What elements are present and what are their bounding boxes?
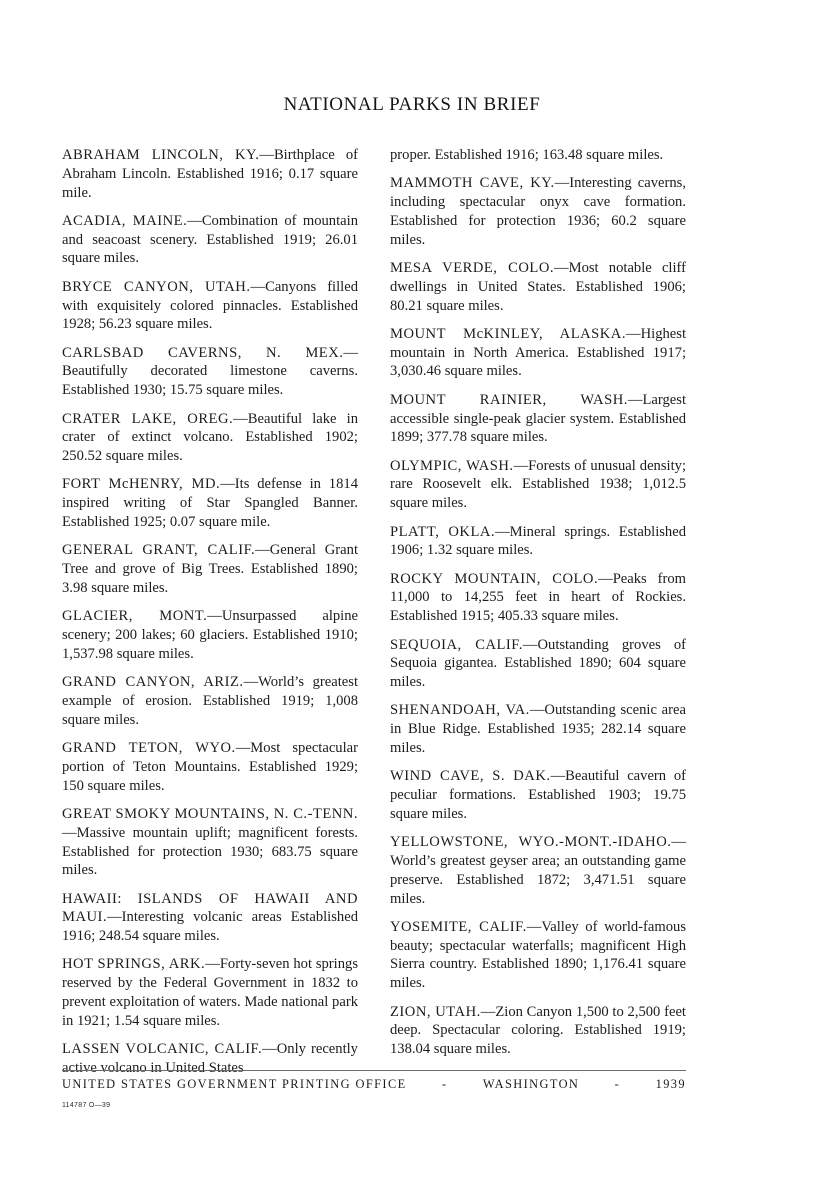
left-column: ABRAHAM LINCOLN, KY.—Birthplace of Abrah… bbox=[62, 146, 358, 1087]
park-name: MESA VERDE, COLO. bbox=[390, 260, 554, 276]
park-name: ACADIA, MAINE. bbox=[62, 213, 187, 229]
park-name: GREAT SMOKY MOUNTAINS, N. C.-TENN. bbox=[62, 806, 358, 822]
park-name: CRATER LAKE, OREG. bbox=[62, 411, 233, 427]
park-name: ROCKY MOUNTAIN, COLO. bbox=[390, 571, 598, 587]
print-job-code: 114787 O—39 bbox=[62, 1102, 110, 1109]
park-entry: BRYCE CANYON, UTAH.—Canyons filled with … bbox=[62, 278, 358, 334]
park-name: YELLOWSTONE, WYO.-MONT.-IDAHO. bbox=[390, 834, 671, 850]
park-name: CARLSBAD CAVERNS, N. MEX. bbox=[62, 345, 343, 361]
park-entry-continued: proper. Established 1916; 163.48 square … bbox=[390, 146, 686, 165]
park-entry: GLACIER, MONT.—Unsurpassed alpine scener… bbox=[62, 607, 358, 663]
footer-divider bbox=[62, 1070, 686, 1071]
park-name: MOUNT RAINIER, WASH. bbox=[390, 392, 628, 408]
park-name: LASSEN VOLCANIC, CALIF. bbox=[62, 1041, 262, 1057]
park-name: ZION, UTAH. bbox=[390, 1004, 481, 1020]
park-name: SHENANDOAH, VA. bbox=[390, 702, 530, 718]
park-name: ABRAHAM LINCOLN, KY. bbox=[62, 147, 259, 163]
park-entry: YOSEMITE, CALIF.—Valley of world-famous … bbox=[390, 918, 686, 993]
park-description: proper. Established 1916; 163.48 square … bbox=[390, 147, 663, 163]
park-name: SEQUOIA, CALIF. bbox=[390, 637, 523, 653]
park-name: PLATT, OKLA. bbox=[390, 524, 495, 540]
park-entry: WIND CAVE, S. DAK.—Beautiful cavern of p… bbox=[390, 767, 686, 823]
right-column: proper. Established 1916; 163.48 square … bbox=[390, 146, 686, 1068]
park-entry: PLATT, OKLA.—Mineral springs. Establishe… bbox=[390, 523, 686, 561]
park-entry: GRAND CANYON, ARIZ.—World’s greatest exa… bbox=[62, 673, 358, 729]
park-entry: CRATER LAKE, OREG.—Beautiful lake in cra… bbox=[62, 410, 358, 466]
park-entry: ACADIA, MAINE.—Combination of mountain a… bbox=[62, 212, 358, 268]
park-entry: MOUNT RAINIER, WASH.—Largest accessible … bbox=[390, 391, 686, 447]
park-entry: FORT McHENRY, MD.—Its defense in 1814 in… bbox=[62, 475, 358, 531]
park-entry: GENERAL GRANT, CALIF.—General Grant Tree… bbox=[62, 541, 358, 597]
imprint-separator: - bbox=[442, 1077, 448, 1092]
park-entry: SEQUOIA, CALIF.—Outstanding groves of Se… bbox=[390, 636, 686, 692]
imprint-year: 1939 bbox=[656, 1077, 686, 1092]
park-name: GRAND CANYON, ARIZ. bbox=[62, 674, 244, 690]
park-name: GENERAL GRANT, CALIF. bbox=[62, 542, 255, 558]
park-entry: YELLOWSTONE, WYO.-MONT.-IDAHO.—World’s g… bbox=[390, 833, 686, 908]
park-entry: HAWAII: ISLANDS OF HAWAII AND MAUI.—Inte… bbox=[62, 890, 358, 946]
imprint-city: WASHINGTON bbox=[483, 1077, 579, 1092]
park-name: WIND CAVE, S. DAK. bbox=[390, 768, 551, 784]
park-entry: MOUNT McKINLEY, ALASKA.—Highest mountain… bbox=[390, 325, 686, 381]
park-entry: SHENANDOAH, VA.—Outstanding scenic area … bbox=[390, 701, 686, 757]
park-name: MAMMOTH CAVE, KY. bbox=[390, 175, 555, 191]
park-name: OLYMPIC, WASH. bbox=[390, 458, 514, 474]
park-entry: HOT SPRINGS, ARK.—Forty-seven hot spring… bbox=[62, 955, 358, 1030]
park-entry: ZION, UTAH.—Zion Canyon 1,500 to 2,500 f… bbox=[390, 1003, 686, 1059]
park-entry: ROCKY MOUNTAIN, COLO.—Peaks from 11,000 … bbox=[390, 570, 686, 626]
park-name: BRYCE CANYON, UTAH. bbox=[62, 279, 251, 295]
park-name: GRAND TETON, WYO. bbox=[62, 740, 236, 756]
park-entry: MESA VERDE, COLO.—Most notable cliff dwe… bbox=[390, 259, 686, 315]
park-name: MOUNT McKINLEY, ALASKA. bbox=[390, 326, 626, 342]
park-description: —Interesting volcanic areas Established … bbox=[62, 909, 358, 944]
park-entry: GRAND TETON, WYO.—Most spectacular porti… bbox=[62, 739, 358, 795]
park-entry: ABRAHAM LINCOLN, KY.—Birthplace of Abrah… bbox=[62, 146, 358, 202]
park-description: —Massive mountain uplift; magnificent fo… bbox=[62, 825, 358, 879]
park-name: GLACIER, MONT. bbox=[62, 608, 207, 624]
imprint-publisher: UNITED STATES GOVERNMENT PRINTING OFFICE bbox=[62, 1077, 407, 1092]
park-name: HOT SPRINGS, ARK. bbox=[62, 956, 205, 972]
park-entry: MAMMOTH CAVE, KY.—Interesting caverns, i… bbox=[390, 174, 686, 249]
park-entry: CARLSBAD CAVERNS, N. MEX.—Beautifully de… bbox=[62, 344, 358, 400]
publisher-imprint: UNITED STATES GOVERNMENT PRINTING OFFICE… bbox=[62, 1077, 686, 1092]
imprint-separator: - bbox=[615, 1077, 621, 1092]
page-title: NATIONAL PARKS IN BRIEF bbox=[0, 94, 824, 116]
park-entry: OLYMPIC, WASH.—Forests of unusual densit… bbox=[390, 457, 686, 513]
park-name: YOSEMITE, CALIF. bbox=[390, 919, 527, 935]
park-name: FORT McHENRY, MD. bbox=[62, 476, 220, 492]
park-entry: GREAT SMOKY MOUNTAINS, N. C.-TENN.—Massi… bbox=[62, 805, 358, 880]
park-entry: LASSEN VOLCANIC, CALIF.—Only recently ac… bbox=[62, 1040, 358, 1078]
